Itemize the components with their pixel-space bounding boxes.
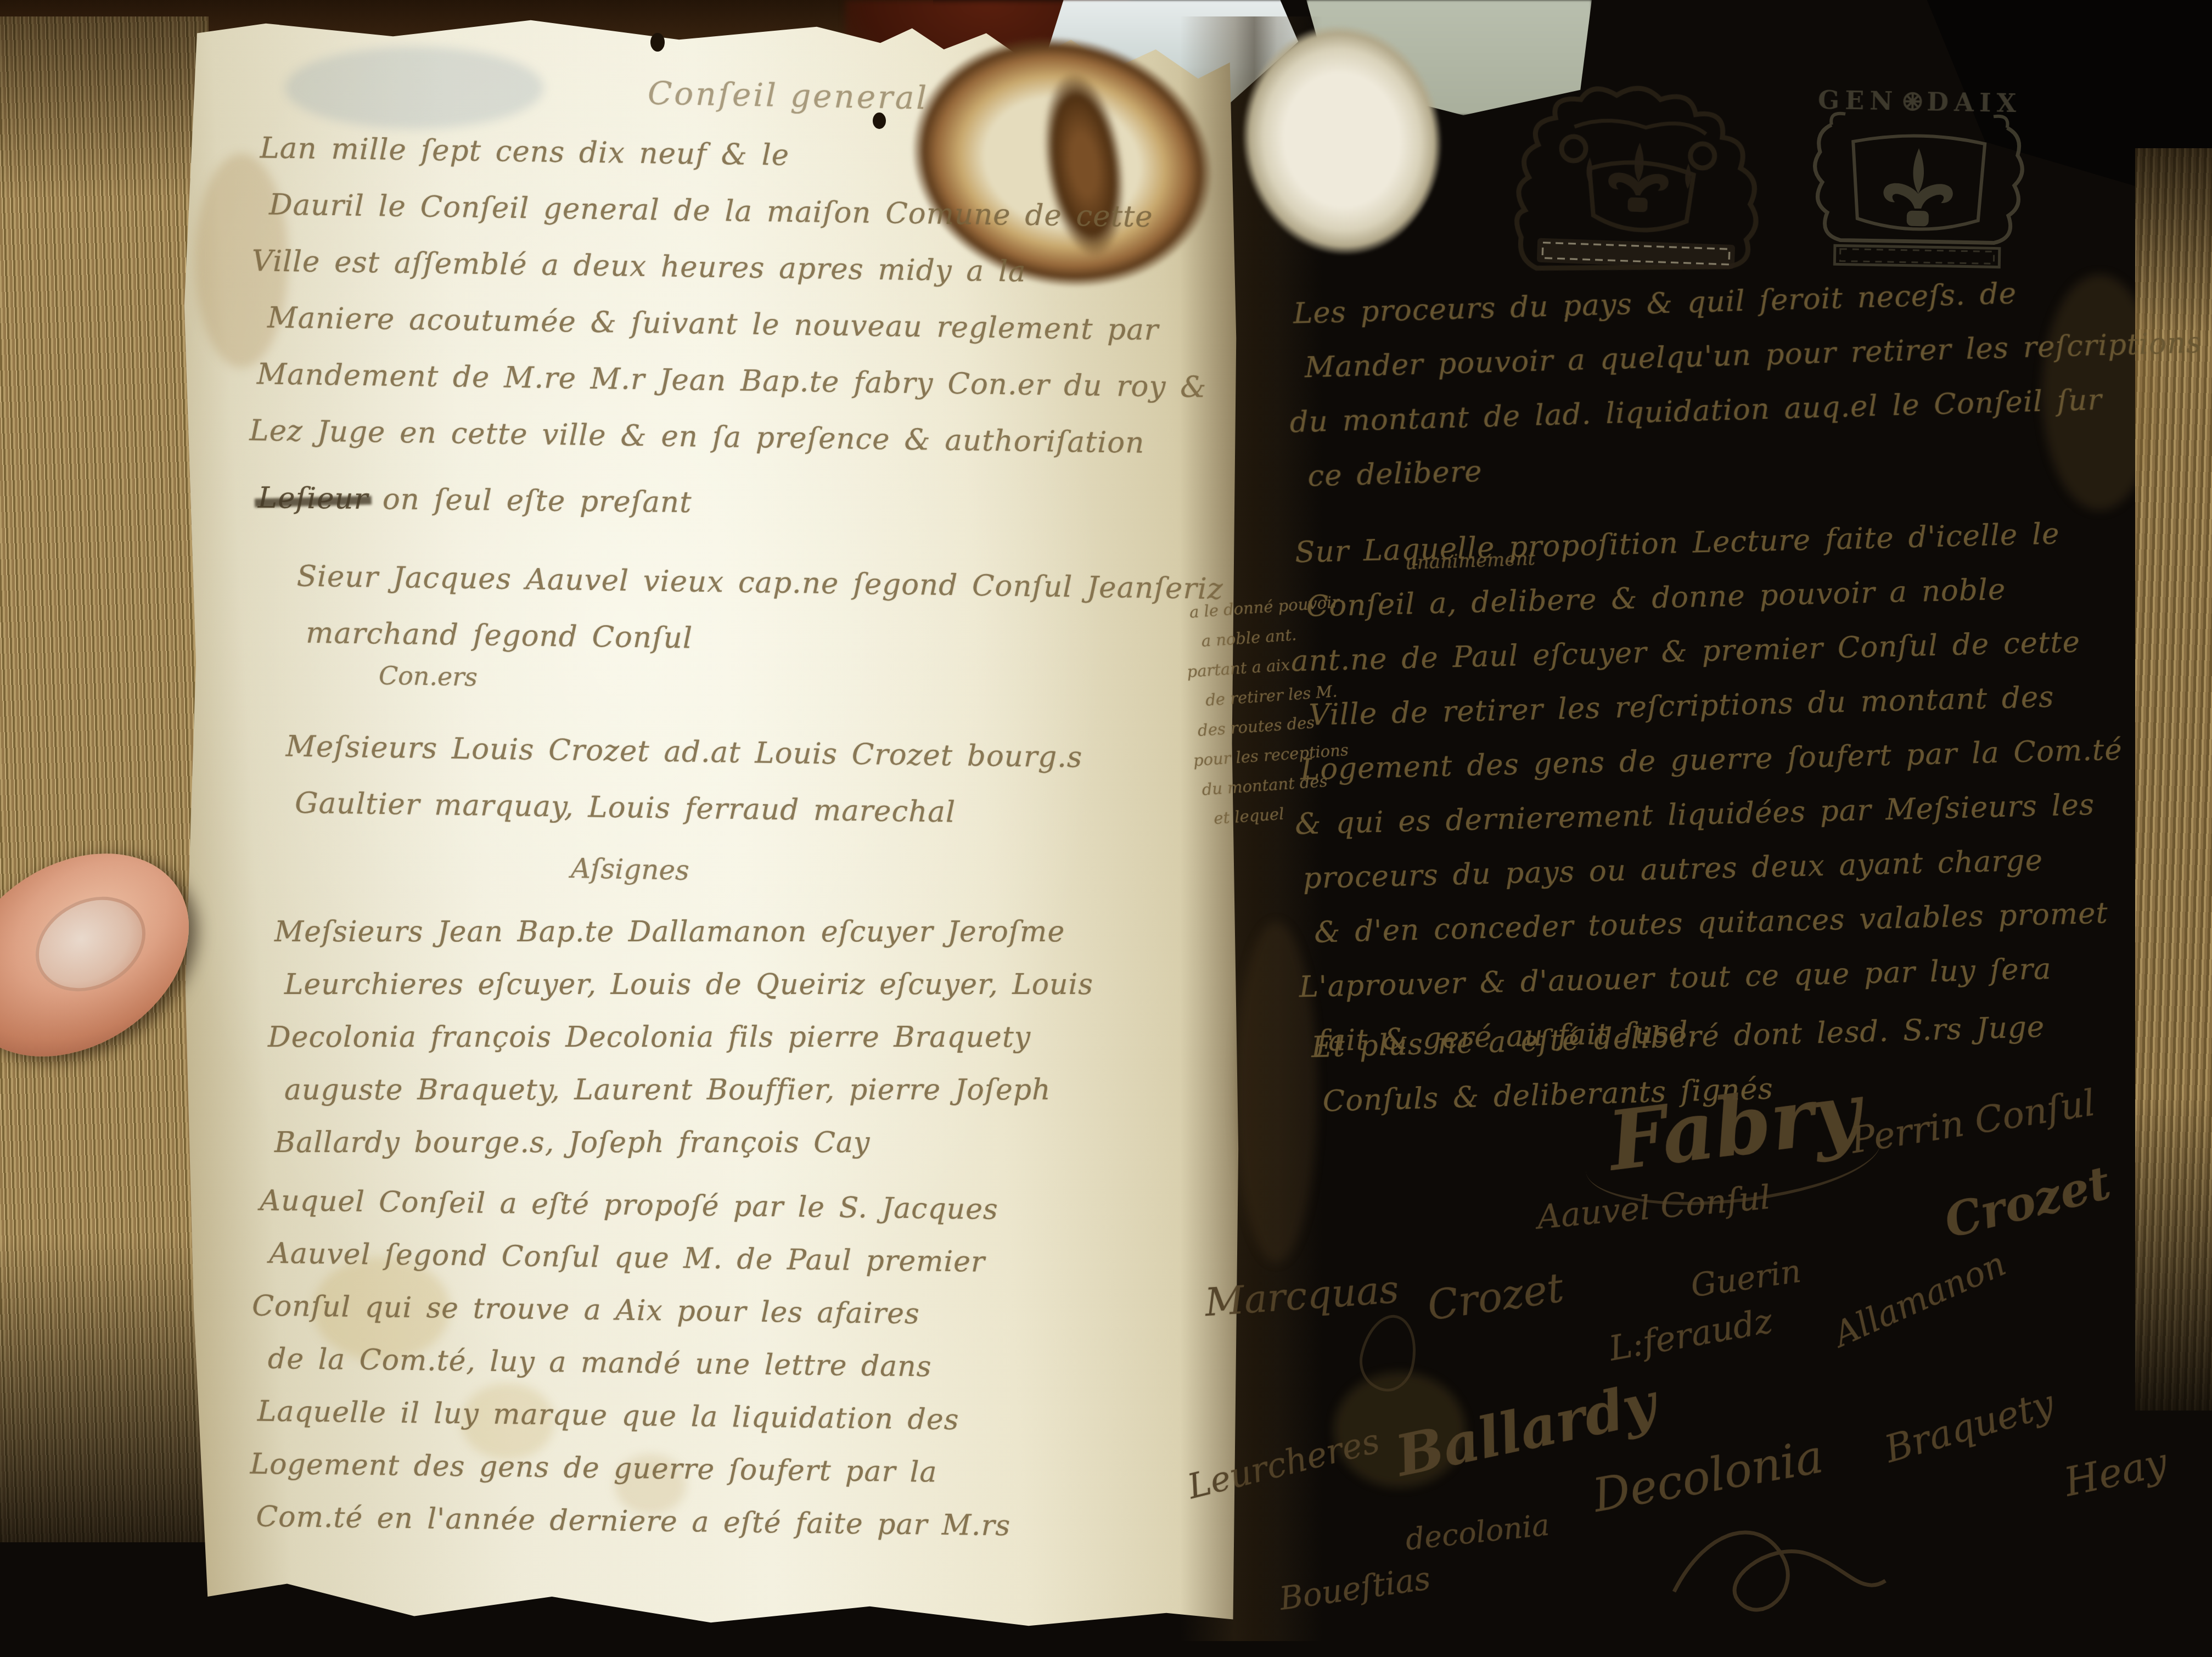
subheading-assignes: Aſsignes: [571, 852, 690, 886]
tax-stamp-dark: [1503, 72, 1773, 293]
page-heading: Conſeil general: [647, 75, 929, 117]
consuls-abbreviation: Con.ers: [379, 660, 478, 692]
manuscript-photo: GENDAIX Conſeil general Lan mille ſept c…: [0, 0, 2212, 1657]
paragraph-opening-line7: Leſieur on ſeul eſte preſant: [257, 470, 692, 531]
paragraph-names-1: Meſsieurs Louis Crozet ad.at Louis Croze…: [285, 718, 1192, 844]
tax-stamp-gen-daix: GENDAIX: [1796, 80, 2041, 282]
paragraph-names-2: Meſsieurs Jean Bap.te Dallamanon eſcuyer…: [274, 906, 1197, 1169]
ink-showthrough: [285, 47, 543, 129]
wormhole: [650, 33, 665, 52]
paragraph-procureurs: Les proceurs du pays & quil ſeroit neceſ…: [1293, 262, 2154, 503]
struck-word: Leſieur: [258, 481, 369, 516]
signature-paraph: [1663, 1493, 1899, 1638]
paragraph-opening: Lan mille ſept cens dix neuf & leDauril …: [256, 120, 1182, 471]
paragraph-consuls: Sieur Jacques Aauvel vieux cap.ne ſegond…: [296, 548, 1203, 673]
line7-text: on ſeul eſte preſant: [383, 482, 692, 519]
paragraph-proposal: Auquel Conſeil a eſté propoſé par le S. …: [256, 1175, 1193, 1555]
book-fore-edge-left: [0, 16, 209, 1542]
paragraph-deliberation: Sur Laquelle propoſition Lecture faite d…: [1294, 504, 2169, 1069]
